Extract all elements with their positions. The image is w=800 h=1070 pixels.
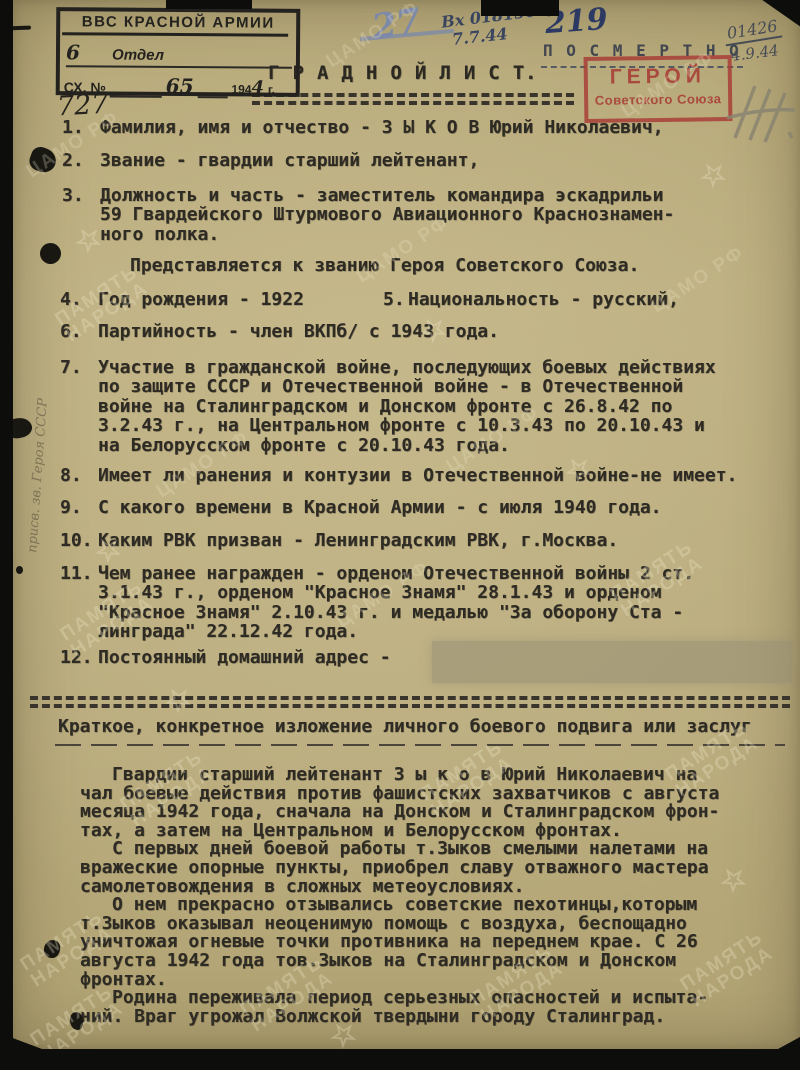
registry-org: ВВС КРАСНОЙ АРМИИ bbox=[60, 13, 296, 32]
field-nationality: 5. Национальность - русский, bbox=[408, 290, 679, 309]
scan-artifact-top2 bbox=[481, 0, 559, 16]
field-11-line2: 3.1.43 г., орденом "Красное Знамя" 28.1.… bbox=[98, 583, 694, 602]
field-2-value: Звание - гвардии старший лейтенант, bbox=[100, 150, 479, 171]
crossed-number-handwritten: 27 bbox=[369, 0, 424, 48]
field-home-address: 12. Постоянный домашний адрес - bbox=[98, 648, 391, 667]
scan-artifact-top1 bbox=[166, 0, 252, 9]
field-7-line5: на Белорусском фронте с 20.10.43 года. bbox=[98, 436, 716, 455]
summary-p4-line2: ний. Враг угрожал Волжской твердыни горо… bbox=[80, 1008, 719, 1027]
field-7-line2: по защите СССР и Отечественной войне - в… bbox=[98, 377, 716, 396]
field-4-value: Год рождения - 1922 bbox=[98, 289, 304, 310]
field-party: 6. Партийность - член ВКПб/ с 1943 года. bbox=[98, 322, 499, 341]
year-digit-handwritten: 4 bbox=[251, 78, 264, 99]
field-11-line4: линграда" 22.12.42 года. bbox=[98, 622, 694, 641]
hero-stamp-line1: ГЕРОЙ bbox=[588, 64, 728, 90]
field-3-line2: 59 Гвардейского Штурмового Авиационного … bbox=[100, 205, 674, 224]
scanned-award-document: ВВС КРАСНОЙ АРМИИ 6 Отдел СХ. № 65 1944 … bbox=[0, 0, 800, 1070]
scan-edge-left bbox=[0, 0, 13, 1070]
field-birth-year: 4. Год рождения - 1922 bbox=[98, 290, 304, 309]
field-8-value: Имеет ли ранения и контузии в Отечествен… bbox=[98, 465, 737, 486]
field-drafted-by: 10. Каким РВК призван - Ленинградским РВ… bbox=[98, 531, 618, 550]
hero-stamp-line2: Советского Союза bbox=[588, 91, 728, 108]
section-divider bbox=[30, 696, 790, 708]
field-7-line1: Участие в гражданской войне, последующих… bbox=[98, 358, 716, 377]
dept-number-handwritten: 6 bbox=[66, 40, 80, 64]
summary-heading-underline bbox=[55, 744, 785, 746]
field-11-line3: "Красное Знамя" 2.10.43 г. и медалью "За… bbox=[98, 603, 694, 622]
summary-text: Гвардии старший лейтенант З ы к о в Юрий… bbox=[80, 766, 719, 1026]
summary-heading: Краткое, конкретное изложение личного бо… bbox=[58, 716, 752, 737]
summary-p1-line1: Гвардии старший лейтенант З ы к о в Юрий… bbox=[80, 766, 719, 785]
year-printed: 194 bbox=[231, 82, 251, 96]
summary-p3-line4: августа 1942 года тов.Зыков на Сталингра… bbox=[80, 952, 719, 971]
field-wounds: 8. Имеет ли ранения и контузии в Отечест… bbox=[98, 466, 737, 485]
registry-rule bbox=[62, 32, 288, 37]
field-7-number: 7. bbox=[60, 358, 82, 377]
field-12-value: Постоянный домашний адрес - bbox=[98, 647, 391, 668]
field-name: 1. Фамилия, имя и отчество - З Ы К О В Ю… bbox=[100, 118, 664, 137]
field-10-value: Каким РВК призван - Ленинградским РВК, г… bbox=[98, 530, 618, 551]
field-6-number: 6. bbox=[60, 322, 82, 341]
dept-label: Отдел bbox=[112, 47, 164, 64]
field-7-line4: 3.2.43 г., на Центральном фронте с 10.3.… bbox=[98, 416, 716, 435]
summary-p3-line1: О нем прекрасно отзывались советские пех… bbox=[80, 896, 719, 915]
title-underline bbox=[252, 93, 574, 105]
field-9-number: 9. bbox=[60, 498, 82, 517]
summary-p1-line3: месяца 1942 года, сначала на Донском и С… bbox=[80, 803, 719, 822]
reg-number-handwritten: 65 bbox=[166, 74, 194, 98]
field-5-number: 5. bbox=[383, 290, 405, 309]
field-1-value: Фамилия, имя и отчество - З Ы К О В Юрий… bbox=[100, 117, 664, 138]
ink-blot bbox=[16, 566, 23, 574]
field-3-line1: Должность и часть - заместитель командир… bbox=[100, 186, 674, 205]
document-title: Г Р А Д Н О Й Л И С Т. bbox=[268, 62, 537, 84]
scan-edge-bottom bbox=[0, 1049, 800, 1070]
field-9-value: С какого времени в Красной Армии - с июл… bbox=[98, 497, 662, 518]
hero-of-soviet-union-stamp: ГЕРОЙ Советского Союза bbox=[584, 55, 733, 123]
field-11-line1: Чем ранее награжден - орденом Отечествен… bbox=[98, 564, 694, 583]
field-5-value: Национальность - русский, bbox=[408, 289, 679, 310]
field-previous-awards: 11. Чем ранее награжден - орденом Отечес… bbox=[98, 564, 694, 642]
registry-stamp-box: ВВС КРАСНОЙ АРМИИ 6 Отдел СХ. № 65 1944 … bbox=[56, 7, 301, 97]
field-4-number: 4. bbox=[60, 290, 82, 309]
field-2-number: 2. bbox=[62, 151, 84, 170]
field-rank: 2. Звание - гвардии старший лейтенант, bbox=[100, 151, 479, 170]
summary-p4-line1: Родина переживала период серьезных опасн… bbox=[80, 989, 719, 1008]
field-10-number: 10. bbox=[60, 531, 93, 550]
redacted-address-area bbox=[432, 641, 792, 683]
year-suffix: г. bbox=[268, 83, 275, 97]
field-7-line3: войне на Сталинградском и Донском фронте… bbox=[98, 397, 716, 416]
summary-p2-line2: вражеские опорные пункты, приобрел славу… bbox=[80, 859, 719, 878]
field-12-number: 12. bbox=[60, 648, 93, 667]
registry-dept-line: 6 Отдел bbox=[66, 40, 292, 69]
presented-for-title-line: Представляется к званию Героя Советского… bbox=[130, 255, 639, 276]
field-position-unit: 3. Должность и часть - заместитель коман… bbox=[100, 186, 674, 244]
field-army-since: 9. С какого времени в Красной Армии - с … bbox=[98, 498, 662, 517]
field-3-number: 3. bbox=[62, 186, 84, 205]
field-8-number: 8. bbox=[60, 466, 82, 485]
pencil-scribble bbox=[723, 80, 800, 146]
field-6-value: Партийность - член ВКПб/ с 1943 года. bbox=[98, 321, 499, 342]
ink-blot bbox=[40, 243, 61, 264]
page-number-handwritten: 727 bbox=[56, 89, 109, 123]
field-3-line3: ного полка. bbox=[100, 225, 674, 244]
field-war-participation: 7. Участие в гражданской войне, последую… bbox=[98, 358, 716, 455]
field-11-number: 11. bbox=[60, 564, 93, 583]
